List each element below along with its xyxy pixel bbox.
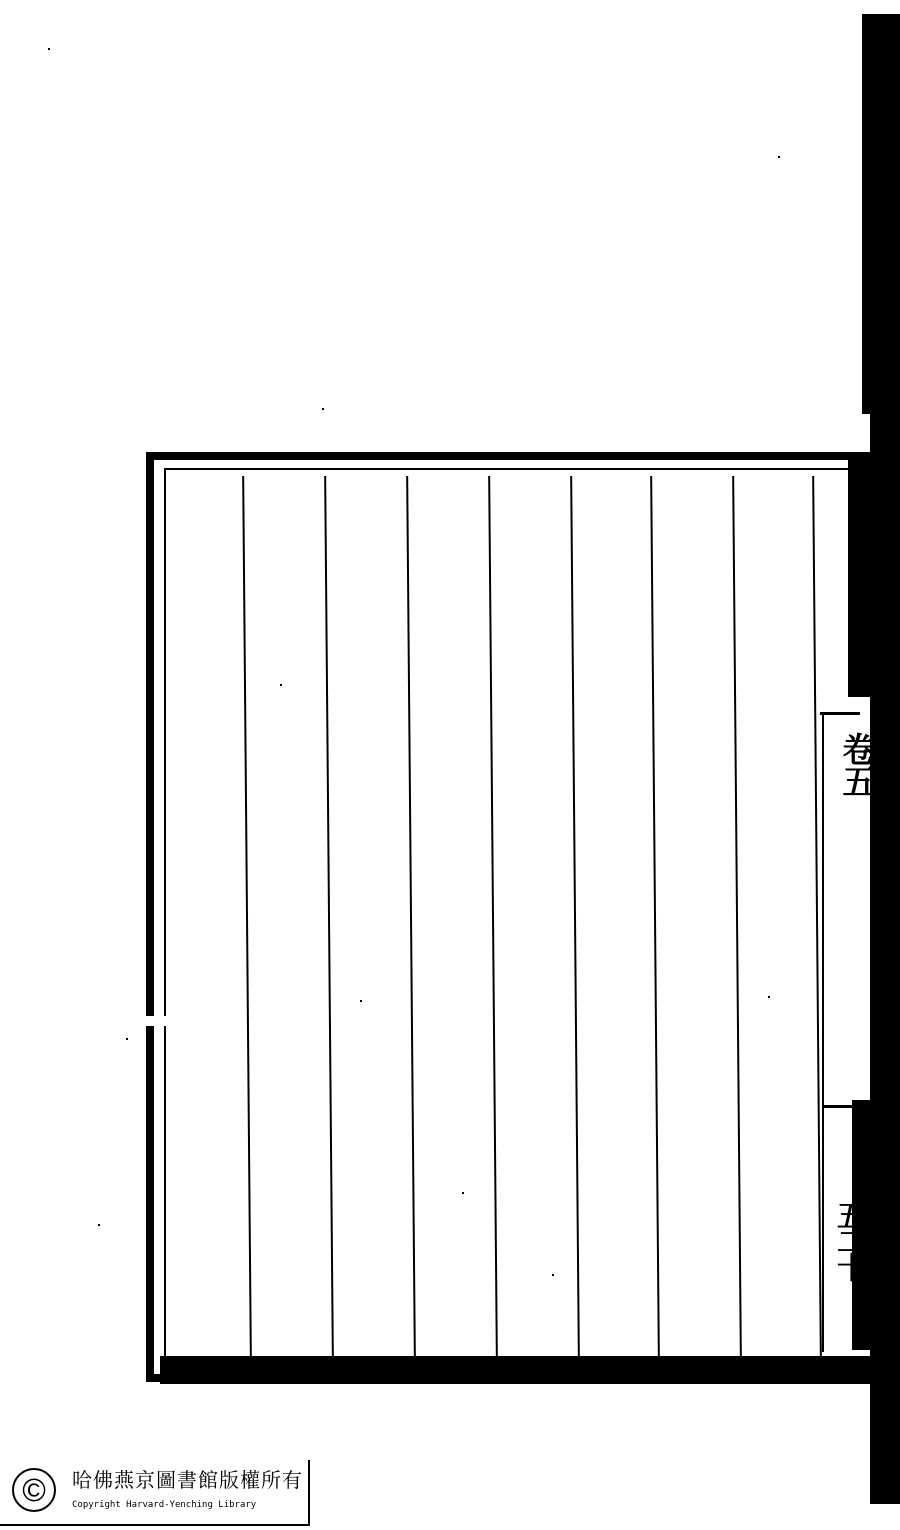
banxin-line — [822, 712, 824, 1352]
copyright-stamp: © 哈佛燕京圖書館版權所有 Copyright Harvard-Yenching… — [0, 1460, 310, 1526]
scan-speck — [462, 1192, 464, 1194]
volume-label: 卷五 — [832, 732, 881, 796]
scan-speck — [360, 1000, 362, 1002]
copyright-chinese: 哈佛燕京圖書館版權所有 — [72, 1464, 303, 1493]
page-number: 五二十 — [826, 1200, 870, 1278]
binding-edge — [862, 14, 900, 414]
scan-speck — [126, 1038, 128, 1040]
fish-tail-top — [820, 712, 860, 715]
scan-speck — [48, 48, 50, 50]
scan-speck — [322, 408, 324, 410]
border-gap — [144, 1016, 174, 1026]
fish-tail-bottom — [822, 1105, 860, 1108]
scan-speck — [778, 156, 780, 158]
copyright-icon: © — [12, 1468, 56, 1512]
copyright-english: Copyright Harvard-Yenching Library — [72, 1500, 256, 1510]
scan-speck — [98, 1224, 100, 1226]
binding-edge — [870, 414, 900, 1504]
scan-speck — [280, 684, 282, 686]
scan-speck — [552, 1274, 554, 1276]
inner-border — [164, 468, 860, 1364]
scan-speck — [768, 996, 770, 998]
